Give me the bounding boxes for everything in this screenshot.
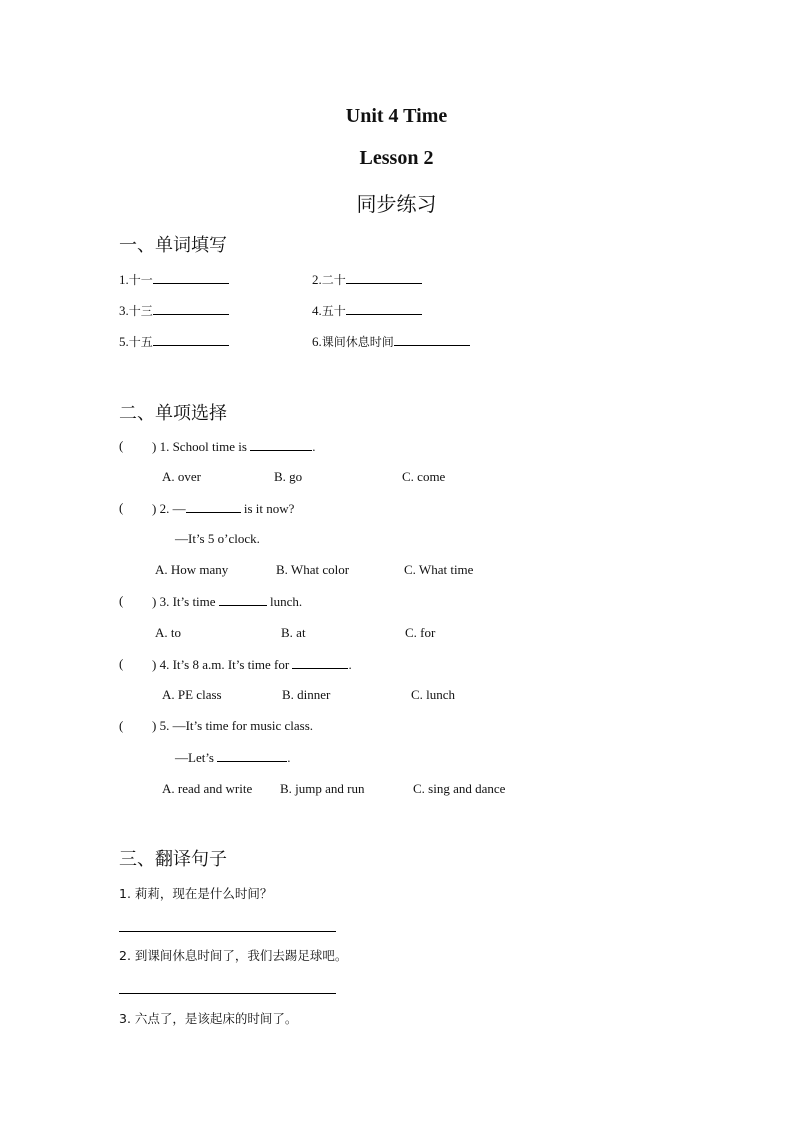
- question-5: ) 5. —It’s time for music class.: [152, 718, 313, 734]
- answer-bracket-open[interactable]: (: [119, 500, 123, 516]
- question-stem: ) 1. School time is: [152, 439, 250, 454]
- q1-option-b: B. go: [274, 469, 302, 485]
- question-blank: [250, 438, 312, 451]
- question-3: ) 3. It’s time lunch.: [152, 593, 302, 610]
- vocab-item-1: 1.十一: [119, 271, 229, 288]
- question-2: ) 2. — is it now?: [152, 500, 294, 517]
- item-prompt: 十一: [129, 273, 153, 287]
- item-prompt: 十三: [129, 304, 153, 318]
- q3-option-c: C. for: [405, 625, 435, 641]
- vocab-item-3: 3.十三: [119, 302, 229, 319]
- question-blank: [217, 749, 287, 762]
- section-heading-vocab: 一、单词填写: [119, 231, 227, 257]
- q2-option-b: B. What color: [276, 562, 349, 578]
- item-number: 1.: [119, 272, 129, 287]
- question-4: ) 4. It’s 8 a.m. It’s time for .: [152, 656, 352, 673]
- item-number: 5.: [119, 334, 129, 349]
- q3-option-b: B. at: [281, 625, 306, 641]
- item-prompt: 五十: [322, 304, 346, 318]
- lesson-title: Lesson 2: [0, 147, 793, 170]
- answer-line-2[interactable]: [119, 993, 336, 994]
- question-stem-end: .: [312, 439, 315, 454]
- question-blank: [292, 656, 348, 669]
- vocab-item-2: 2.二十: [312, 271, 422, 288]
- q3-option-a: A. to: [155, 625, 181, 641]
- answer-blank[interactable]: [346, 302, 422, 315]
- unit-title: Unit 4 Time: [0, 105, 793, 128]
- question-stem: ) 3. It’s time: [152, 594, 219, 609]
- vocab-item-5: 5.十五: [119, 333, 229, 350]
- item-prompt: 二十: [322, 273, 346, 287]
- answer-blank[interactable]: [153, 333, 229, 346]
- q5-reply: —Let’s .: [175, 749, 291, 766]
- answer-bracket-open[interactable]: (: [119, 718, 123, 734]
- question-stem: ) 4. It’s 8 a.m. It’s time for: [152, 657, 292, 672]
- answer-bracket-open[interactable]: (: [119, 438, 123, 454]
- q5-option-a: A. read and write: [162, 781, 252, 797]
- q1-option-c: C. come: [402, 469, 445, 485]
- question-blank: [186, 500, 241, 513]
- item-number: 4.: [312, 303, 322, 318]
- q4-option-b: B. dinner: [282, 687, 330, 703]
- section-heading-choice: 二、单项选择: [119, 399, 227, 425]
- question-stem-end: is it now?: [241, 501, 295, 516]
- translate-sentence-2: 2. 到课间休息时间了，我们去踢足球吧。: [119, 946, 347, 964]
- answer-blank[interactable]: [346, 271, 422, 284]
- translate-sentence-3: 3. 六点了，是该起床的时间了。: [119, 1009, 297, 1027]
- vocab-item-6: 6.课间休息时间: [312, 333, 470, 350]
- q2-option-c: C. What time: [404, 562, 473, 578]
- section-heading-translate: 三、翻译句子: [119, 845, 227, 871]
- item-number: 3.: [119, 303, 129, 318]
- question-stem-end: .: [348, 657, 351, 672]
- q4-option-c: C. lunch: [411, 687, 455, 703]
- q2-option-a: A. How many: [155, 562, 228, 578]
- q4-option-a: A. PE class: [162, 687, 222, 703]
- q2-reply: —It’s 5 o’clock.: [175, 531, 260, 547]
- reply-text-end: .: [287, 750, 290, 765]
- question-stem: ) 2. —: [152, 501, 186, 516]
- answer-blank[interactable]: [394, 333, 470, 346]
- item-prompt: 十五: [129, 335, 153, 349]
- question-blank: [219, 593, 267, 606]
- q5-option-c: C. sing and dance: [413, 781, 505, 797]
- item-prompt: 课间休息时间: [322, 335, 394, 349]
- translate-sentence-1: 1. 莉莉，现在是什么时间？: [119, 884, 272, 902]
- q1-option-a: A. over: [162, 469, 201, 485]
- item-number: 2.: [312, 272, 322, 287]
- question-1: ) 1. School time is .: [152, 438, 315, 455]
- vocab-item-4: 4.五十: [312, 302, 422, 319]
- answer-bracket-open[interactable]: (: [119, 593, 123, 609]
- question-stem-end: lunch.: [267, 594, 302, 609]
- answer-blank[interactable]: [153, 302, 229, 315]
- q5-option-b: B. jump and run: [280, 781, 365, 797]
- item-number: 6.: [312, 334, 322, 349]
- answer-blank[interactable]: [153, 271, 229, 284]
- answer-bracket-open[interactable]: (: [119, 656, 123, 672]
- page-subtitle: 同步练习: [0, 188, 793, 217]
- answer-line-1[interactable]: [119, 931, 336, 932]
- reply-text: —Let’s: [175, 750, 217, 765]
